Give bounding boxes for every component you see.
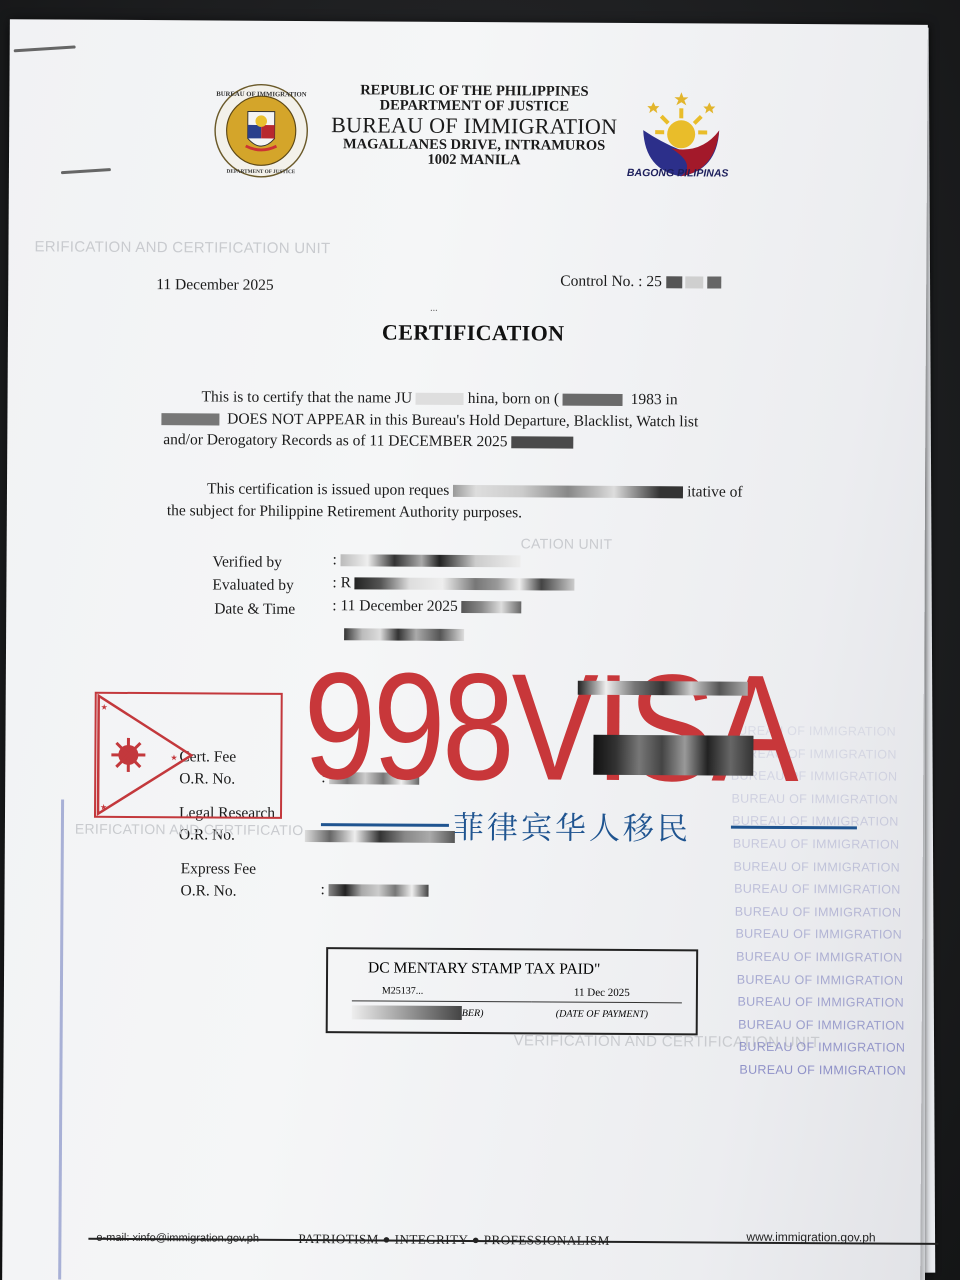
- redacted-birthdate: [563, 394, 623, 406]
- certify-text: This is to certify that the name JU: [202, 388, 413, 406]
- redacted-name: [416, 393, 464, 405]
- stamp-number-underline: [352, 1000, 532, 1002]
- certify-text: and/or Derogatory Records as of 11 DECEM…: [163, 431, 507, 450]
- evaluated-by-value: : R: [332, 574, 575, 593]
- control-number: Control No. : 25: [560, 273, 721, 292]
- unit-watermark-left: ERIFICATION AND CERTIFICATIO: [75, 821, 304, 838]
- flag-watermark-frame: ★ ★ ★: [94, 692, 283, 819]
- express-fee-label: Express Fee: [181, 860, 256, 878]
- evaluated-by-label: Evaluated by: [212, 576, 293, 594]
- document-title: CERTIFICATION: [382, 319, 565, 346]
- control-number-label: Control No. :: [560, 273, 642, 291]
- sheet-edge: [58, 800, 64, 1280]
- stamp-number-redaction: [352, 1003, 462, 1022]
- bureau-watermark-line: BUREAU OF IMMIGRATION: [737, 995, 904, 1010]
- purpose-text: itative of: [687, 483, 743, 500]
- bureau-watermark-line: BUREAU OF IMMIGRATION: [734, 882, 901, 897]
- redacted-or-number: [305, 830, 455, 843]
- unit-watermark-top: ERIFICATION AND CERTIFICATION UNIT: [34, 238, 330, 257]
- bagong-pilipinas-label: BAGONG PILIPINAS: [627, 167, 729, 180]
- svg-text:★: ★: [100, 803, 107, 812]
- bureau-watermark-line: BUREAU OF IMMIGRATION: [735, 904, 902, 919]
- footer-website: www.immigration.gov.ph: [746, 1230, 875, 1245]
- express-fee-or-value: :: [320, 881, 428, 900]
- svg-text:BUREAU OF IMMIGRATION: BUREAU OF IMMIGRATION: [216, 91, 307, 99]
- bureau-watermark-line: BUREAU OF IMMIGRATION: [733, 837, 900, 852]
- footer-motto: PATRIOTISM ● INTEGRITY ● PROFESSIONALISM: [298, 1231, 609, 1249]
- redacted-block: [352, 1006, 462, 1021]
- redacted-block: [686, 277, 704, 289]
- stamp-number-label: BER): [462, 1008, 484, 1019]
- bureau-watermark-line: BUREAU OF IMMIGRATION: [738, 1017, 905, 1032]
- evaluator-initial: R: [341, 574, 351, 591]
- express-fee-or-label: O.R. No.: [180, 882, 236, 900]
- ellipsis-mark: ...: [430, 303, 438, 314]
- redacted-evaluator: [355, 578, 575, 591]
- letterhead: REPUBLIC OF THE PHILIPPINES DEPARTMENT O…: [319, 83, 630, 169]
- certify-line-2: DOES NOT APPEAR in this Bureau's Hold De…: [161, 410, 698, 431]
- unit-watermark-mid: CATION UNIT: [521, 535, 613, 552]
- stamp-payment-date: 11 Dec 2025: [574, 987, 630, 999]
- certify-text: 1983 in: [631, 391, 678, 408]
- redacted-or-number: [329, 885, 429, 898]
- redacted-verifier: [341, 555, 521, 568]
- staple-mark: [61, 168, 111, 174]
- svg-text:★: ★: [101, 703, 108, 712]
- staple-mark: [14, 45, 76, 52]
- bureau-watermark-line: BUREAU OF IMMIGRATION: [737, 972, 904, 987]
- purpose-line-2: the subject for Philippine Retirement Au…: [167, 502, 522, 522]
- bureau-watermark-line: BUREAU OF IMMIGRATION: [736, 950, 903, 965]
- redacted-block: [578, 681, 748, 696]
- brand-subtitle: 菲律宾华人移民: [453, 802, 691, 848]
- footer-email: e-mail: xinfo@immigration.gov.ph: [96, 1232, 259, 1245]
- subtitle-rule-left: [321, 823, 449, 826]
- certificate-page: BUREAU OF IMMIGRATION DEPARTMENT OF JUST…: [2, 19, 928, 1280]
- purpose-text: This certification is issued upon reques: [207, 480, 449, 498]
- documentary-stamp-box: DC MENTARY STAMP TAX PAID" M25137... BER…: [326, 947, 699, 1035]
- redacted-block: [511, 437, 573, 449]
- svg-text:★: ★: [170, 753, 177, 762]
- certify-text: hina, born on (: [468, 390, 559, 408]
- certify-line-1: This is to certify that the name JU hina…: [202, 388, 678, 409]
- control-number-value: 25: [646, 273, 662, 290]
- svg-text:DEPARTMENT OF JUSTICE: DEPARTMENT OF JUSTICE: [227, 169, 296, 175]
- redacted-time: [462, 601, 522, 613]
- bureau-watermark-line: BUREAU OF IMMIGRATION: [735, 927, 902, 942]
- letterhead-city: 1002 MANILA: [319, 152, 629, 169]
- redacted-block: [707, 277, 721, 289]
- subtitle-rule-right: [731, 826, 857, 829]
- certify-text: DOES NOT APPEAR in this Bureau's Hold De…: [227, 411, 698, 431]
- bureau-watermark-line: BUREAU OF IMMIGRATION: [739, 1040, 906, 1055]
- bureau-seal-icon: BUREAU OF IMMIGRATION DEPARTMENT OF JUST…: [213, 82, 310, 179]
- legal-research-or-value: [305, 827, 455, 846]
- verified-by-value: :: [333, 551, 521, 570]
- date-time-text: 11 December 2025: [340, 597, 457, 615]
- stamp-payment-label: (DATE OF PAYMENT): [556, 1009, 648, 1021]
- certify-line-3: and/or Derogatory Records as of 11 DECEM…: [163, 431, 573, 452]
- philippine-flag-icon: ★ ★ ★: [96, 694, 281, 817]
- redacted-overlay: [578, 679, 748, 698]
- redacted-overlay: [593, 735, 753, 776]
- bureau-watermark-line: BUREAU OF IMMIGRATION: [739, 1063, 906, 1078]
- stamp-number-value: M25137...: [382, 985, 423, 996]
- bureau-watermark-line: BUREAU OF IMMIGRATION: [733, 859, 900, 874]
- brand-watermark: 998VISA: [303, 639, 796, 817]
- redacted-place: [161, 414, 219, 426]
- letterhead-bureau: BUREAU OF IMMIGRATION: [319, 114, 629, 139]
- verified-by-label: Verified by: [212, 553, 281, 571]
- date-time-value: : 11 December 2025: [332, 597, 522, 616]
- purpose-line-1: This certification is issued upon reques…: [207, 480, 743, 501]
- redacted-block: [593, 735, 753, 776]
- issue-date: 11 December 2025: [156, 276, 273, 295]
- stamp-date-underline: [532, 1001, 682, 1003]
- date-time-label: Date & Time: [214, 600, 295, 618]
- stamp-title: DC MENTARY STAMP TAX PAID": [368, 959, 600, 978]
- redacted-block: [666, 277, 682, 289]
- redacted-requester: [453, 485, 683, 498]
